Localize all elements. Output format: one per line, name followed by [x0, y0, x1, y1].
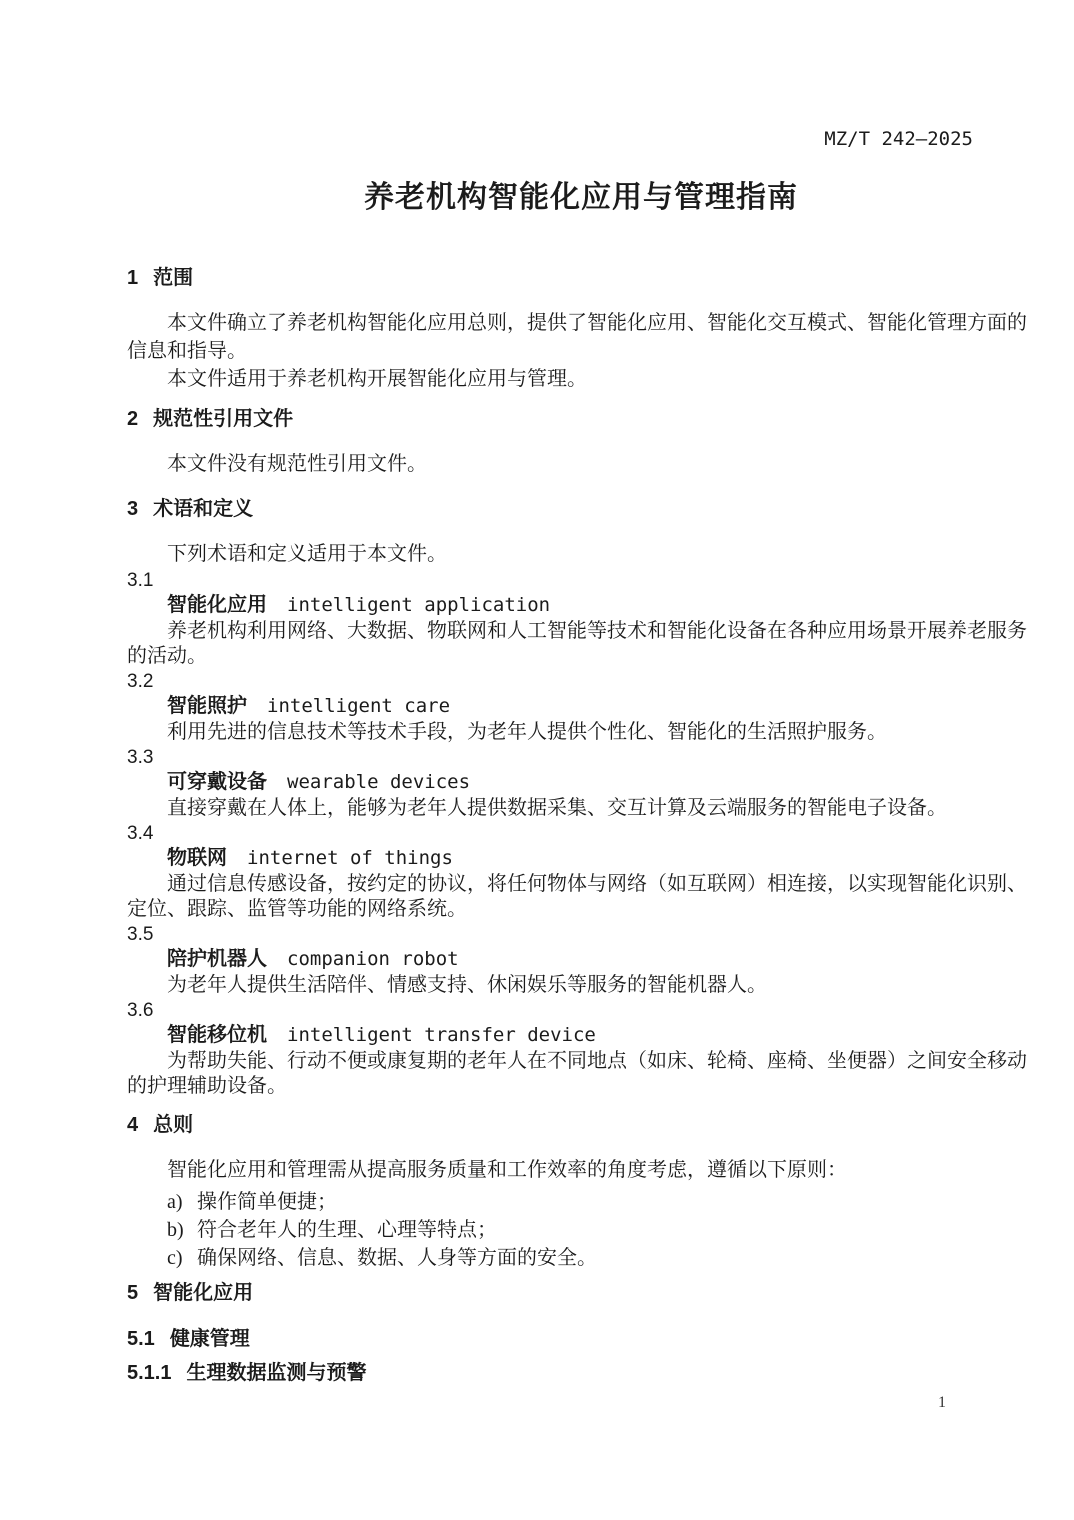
clause-4-heading: 4 总则: [127, 1112, 1035, 1139]
term-definition: 通过信息传感设备，按约定的协议，将任何物体与网络（如互联网）相连接，以实现智能化…: [127, 872, 1035, 922]
term-name-en: intelligent application: [287, 594, 550, 616]
term-name: 可穿戴设备 wearable devices: [127, 770, 1035, 796]
term-number: 3.1: [127, 568, 1035, 593]
clause-number: 5: [127, 1280, 138, 1307]
term-name-zh: 物联网: [167, 847, 227, 869]
clause-label: 总则: [153, 1112, 193, 1139]
clause-5-1-heading: 5.1 健康管理: [127, 1326, 1035, 1353]
clause-5-1-1-heading: 5.1.1 生理数据监测与预警: [127, 1360, 1035, 1387]
term-name: 智能移位机 intelligent transfer device: [127, 1023, 1035, 1049]
clause-number: 5.1.1: [127, 1360, 171, 1387]
document-title: 养老机构智能化应用与管理指南: [127, 181, 1035, 215]
term-name-zh: 可穿戴设备: [167, 771, 267, 793]
term-name-en: intelligent transfer device: [287, 1024, 596, 1046]
term-3-6: 3.6 智能移位机 intelligent transfer device 为帮…: [127, 998, 1035, 1099]
list-item: a)操作简单便捷；: [127, 1188, 1035, 1216]
list-item-text: 符合老年人的生理、心理等特点；: [197, 1219, 497, 1241]
term-name: 智能照护 intelligent care: [127, 694, 1035, 720]
list-item: c)确保网络、信息、数据、人身等方面的安全。: [127, 1244, 1035, 1272]
term-3-2: 3.2 智能照护 intelligent care 利用先进的信息技术等技术手段…: [127, 669, 1035, 745]
clause-number: 5.1: [127, 1326, 155, 1353]
clause-5-heading: 5 智能化应用: [127, 1280, 1035, 1307]
term-name: 智能化应用 intelligent application: [127, 593, 1035, 619]
term-number: 3.5: [127, 922, 1035, 947]
document-page: MZ/T 242—2025 养老机构智能化应用与管理指南 1 范围 本文件确立了…: [0, 0, 1074, 1520]
clause-number: 4: [127, 1112, 138, 1139]
term-name-en: internet of things: [247, 847, 453, 869]
page-number: 1: [938, 1393, 946, 1413]
clause-label: 术语和定义: [153, 496, 253, 523]
clause-label: 范围: [153, 265, 193, 292]
clause-label: 生理数据监测与预警: [186, 1360, 366, 1387]
paragraph: 本文件确立了养老机构智能化应用总则，提供了智能化应用、智能化交互模式、智能化管理…: [127, 309, 1035, 365]
term-3-1: 3.1 智能化应用 intelligent application 养老机构利用…: [127, 568, 1035, 669]
clause-number: 1: [127, 265, 138, 292]
term-name-zh: 智能照护: [167, 695, 247, 717]
term-name-zh: 智能移位机: [167, 1024, 267, 1046]
clause-1-heading: 1 范围: [127, 265, 1035, 292]
term-definition: 为老年人提供生活陪伴、情感支持、休闲娱乐等服务的智能机器人。: [127, 973, 1035, 998]
clause-label: 智能化应用: [153, 1280, 253, 1307]
list-item-marker: b): [167, 1216, 197, 1244]
clause-label: 规范性引用文件: [153, 406, 293, 433]
list-item-text: 确保网络、信息、数据、人身等方面的安全。: [197, 1247, 597, 1269]
term-name: 物联网 internet of things: [127, 846, 1035, 872]
term-name-zh: 智能化应用: [167, 594, 267, 616]
term-name-zh: 陪护机器人: [167, 948, 267, 970]
clause-2-heading: 2 规范性引用文件: [127, 406, 1035, 433]
term-definition: 利用先进的信息技术等技术手段，为老年人提供个性化、智能化的生活照护服务。: [127, 720, 1035, 745]
paragraph: 本文件适用于养老机构开展智能化应用与管理。: [127, 365, 1035, 393]
term-number: 3.2: [127, 669, 1035, 694]
term-name-en: intelligent care: [267, 695, 450, 717]
clause-number: 3: [127, 496, 138, 523]
paragraph: 智能化应用和管理需从提高服务质量和工作效率的角度考虑，遵循以下原则：: [127, 1156, 1035, 1184]
paragraph: 本文件没有规范性引用文件。: [127, 450, 1035, 478]
term-name-en: companion robot: [287, 948, 459, 970]
list-item: b)符合老年人的生理、心理等特点；: [127, 1216, 1035, 1244]
term-number: 3.4: [127, 821, 1035, 846]
list-item-marker: c): [167, 1244, 197, 1272]
term-3-5: 3.5 陪护机器人 companion robot 为老年人提供生活陪伴、情感支…: [127, 922, 1035, 998]
term-definition: 直接穿戴在人体上，能够为老年人提供数据采集、交互计算及云端服务的智能电子设备。: [127, 796, 1035, 821]
page-content: MZ/T 242—2025 养老机构智能化应用与管理指南 1 范围 本文件确立了…: [0, 0, 1074, 1387]
clause-3-heading: 3 术语和定义: [127, 496, 1035, 523]
clause-number: 2: [127, 406, 138, 433]
paragraph: 下列术语和定义适用于本文件。: [127, 540, 1035, 568]
standard-number: MZ/T 242—2025: [127, 128, 1035, 150]
terms-list: 3.1 智能化应用 intelligent application 养老机构利用…: [127, 568, 1035, 1099]
term-name-en: wearable devices: [287, 771, 470, 793]
term-name: 陪护机器人 companion robot: [127, 947, 1035, 973]
term-definition: 养老机构利用网络、大数据、物联网和人工智能等技术和智能化设备在各种应用场景开展养…: [127, 619, 1035, 669]
list-item-marker: a): [167, 1188, 197, 1216]
term-number: 3.6: [127, 998, 1035, 1023]
term-definition: 为帮助失能、行动不便或康复期的老年人在不同地点（如床、轮椅、座椅、坐便器）之间安…: [127, 1049, 1035, 1099]
term-3-3: 3.3 可穿戴设备 wearable devices 直接穿戴在人体上，能够为老…: [127, 745, 1035, 821]
list-item-text: 操作简单便捷；: [197, 1191, 337, 1213]
term-3-4: 3.4 物联网 internet of things 通过信息传感设备，按约定的…: [127, 821, 1035, 922]
term-number: 3.3: [127, 745, 1035, 770]
clause-label: 健康管理: [170, 1326, 250, 1353]
principles-list: a)操作简单便捷； b)符合老年人的生理、心理等特点； c)确保网络、信息、数据…: [127, 1188, 1035, 1272]
